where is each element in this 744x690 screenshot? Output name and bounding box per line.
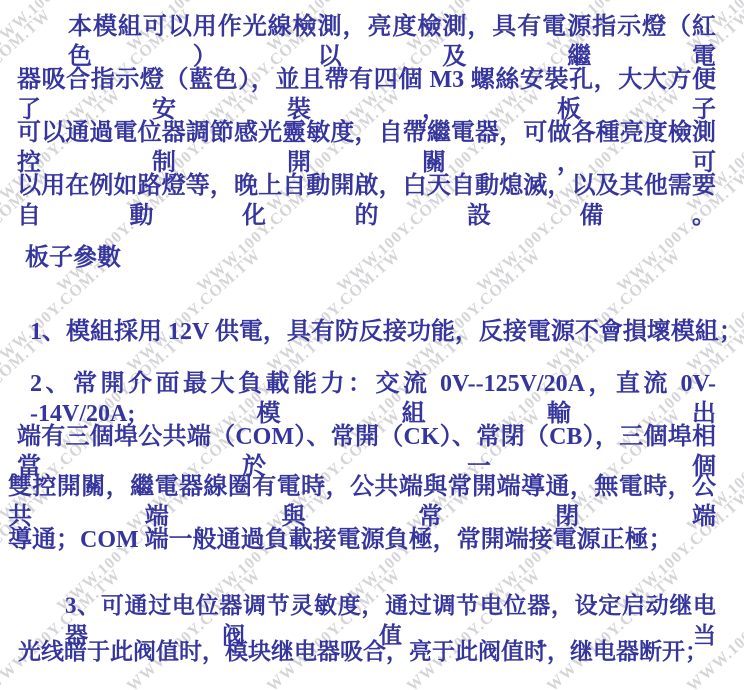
intro-line-4: 以用在例如路燈等，晚上自動開啟，白天自動熄滅，以及其他需要自動化的設備。 [17, 171, 716, 231]
document-page: WWW.100Y.COM.TWWWW.100Y.COM.TWWWW.100Y.C… [0, 0, 744, 690]
section-heading: 板子參數 [25, 243, 121, 273]
item-2-line-3: 雙控開關，繼電器線圈有電時，公共端與常開端導通，無電時，公共端與常閉端 [8, 472, 716, 532]
item-2-line-4: 導通；COM 端一般通過負載接電源負極，常開端接電源正極； [8, 525, 673, 555]
document-text: 本模組可以用作光線檢測，亮度檢測，具有電源指示燈（紅色）以及繼電 器吸合指示燈（… [0, 0, 744, 690]
item-1-line-1: 1、模組採用 12V 供電，具有防反接功能，反接電源不會損壞模組； [30, 317, 743, 347]
intro-line-3: 可以通過電位器調節感光靈敏度，自帶繼電器，可做各種亮度檢測控制開關，可 [17, 118, 716, 178]
item-2-line-1: 2、常開介面最大負載能力：交流 0V--125V/20A，直流 0V--14V/… [30, 369, 716, 429]
intro-line-1: 本模組可以用作光線檢測，亮度檢測，具有電源指示燈（紅色）以及繼電 [68, 12, 716, 72]
intro-line-2: 器吸合指示燈（藍色），並且帶有四個 M3 螺絲安裝孔，大大方便了安裝，板子 [17, 65, 716, 125]
item-3-line-2: 光线暗于此阀值时，模块继电器吸合，亮于此阀值时，继电器断开； [18, 637, 708, 667]
